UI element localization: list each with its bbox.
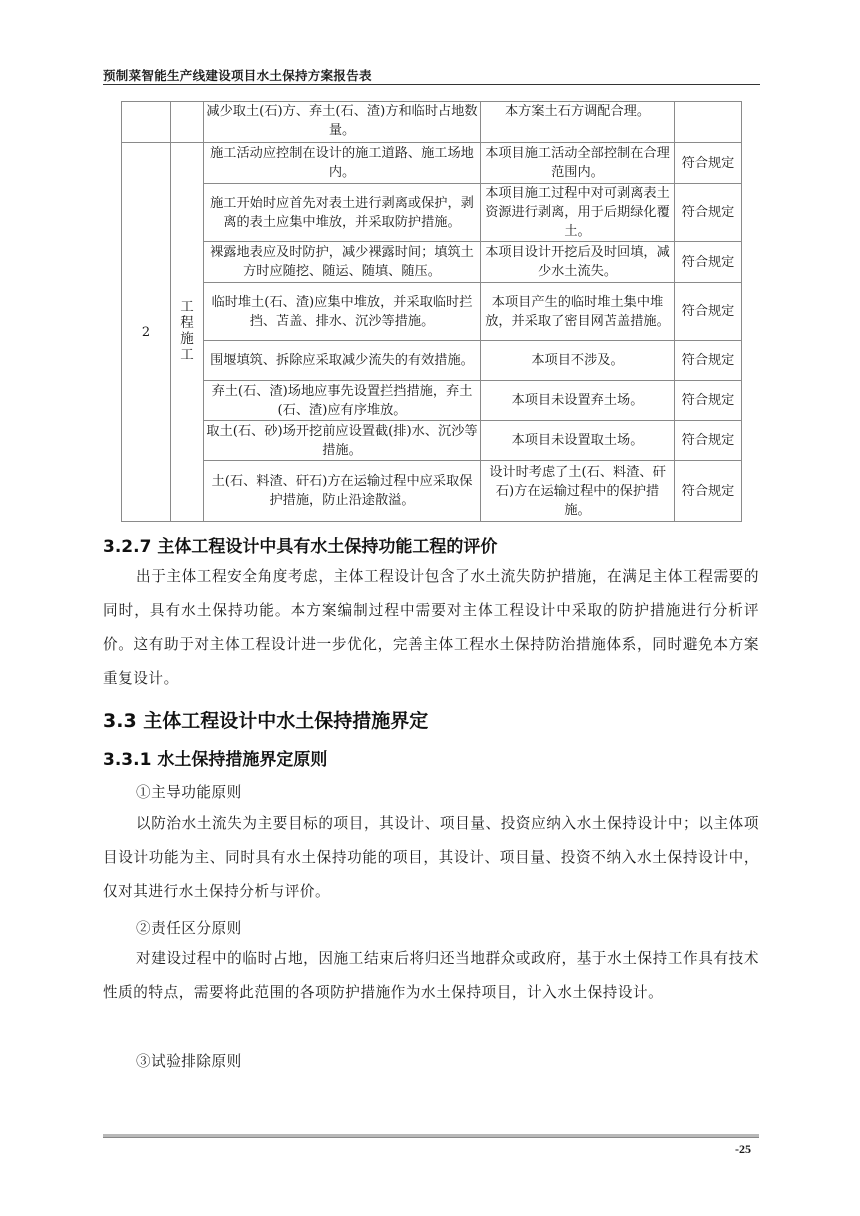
table-row: 土(石、料渣、矸石)方在运输过程中应采取保护措施，防止沿途散溢。 设计时考虑了土… <box>122 461 742 522</box>
table-row: 减少取土(石)方、弃土(石、渣)方和临时占地数量。 本方案土石方调配合理。 <box>122 102 742 143</box>
table-cell-result <box>675 102 742 143</box>
table-row: 临时堆土(石、渣)应集中堆放，并采取临时拦挡、苫盖、排水、沉沙等措施。 本项目产… <box>122 283 742 341</box>
table-cell-requirement: 土(石、料渣、矸石)方在运输过程中应采取保护措施，防止沿途散溢。 <box>204 461 481 522</box>
section-heading-3-2-7: 3.2.7 主体工程设计中具有水土保持功能工程的评价 <box>103 532 497 557</box>
table-cell-situation: 本项目施工活动全部控制在合理范围内。 <box>481 143 675 184</box>
page-header-title: 预制菜智能生产线建设项目水土保持方案报告表 <box>103 66 763 84</box>
principle-label: ②责任区分原则 <box>136 917 242 938</box>
table-cell-situation: 本方案土石方调配合理。 <box>481 102 675 143</box>
table-cell-situation: 本项目产生的临时堆土集中堆放，并采取了密目网苫盖措施。 <box>481 283 675 341</box>
table-cell-result: 符合规定 <box>675 184 742 242</box>
table-cell-requirement: 围堰填筑、拆除应采取减少流失的有效措施。 <box>204 341 481 381</box>
table-cell-result: 符合规定 <box>675 143 742 184</box>
table-cell-result: 符合规定 <box>675 461 742 522</box>
principle-label: ①主导功能原则 <box>136 781 242 802</box>
table-cell-result: 符合规定 <box>675 341 742 381</box>
header-divider <box>103 84 760 85</box>
section-paragraph: 出于主体工程安全角度考虑，主体工程设计包含了水土流失防护措施，在满足主体工程需要… <box>103 560 759 696</box>
footer-divider <box>103 1134 759 1138</box>
table-cell-situation: 本项目未设置弃土场。 <box>481 381 675 421</box>
table-row: 裸露地表应及时防护，减少裸露时间；填筑土方时应随挖、随运、随填、随压。 本项目设… <box>122 242 742 283</box>
table-cell-category: 工程施工 <box>171 143 204 522</box>
table-cell-result: 符合规定 <box>675 381 742 421</box>
page-number: -25 <box>735 1142 751 1157</box>
table-cell-result: 符合规定 <box>675 283 742 341</box>
table-cell-category <box>171 102 204 143</box>
table-cell-situation: 本项目设计开挖后及时回填，减少水土流失。 <box>481 242 675 283</box>
table-cell-result: 符合规定 <box>675 242 742 283</box>
table-cell-situation: 本项目未设置取土场。 <box>481 421 675 461</box>
table-cell-situation: 本项目施工过程中对可剥离表土资源进行剥离，用于后期绿化覆土。 <box>481 184 675 242</box>
table-row: 围堰填筑、拆除应采取减少流失的有效措施。 本项目不涉及。 符合规定 <box>122 341 742 381</box>
table-row: 取土(石、砂)场开挖前应设置截(排)水、沉沙等措施。 本项目未设置取土场。 符合… <box>122 421 742 461</box>
table-cell-number <box>122 102 171 143</box>
principle-paragraph: 以防治水土流失为主要目标的项目，其设计、项目量、投资应纳入水土保持设计中；以主体… <box>103 807 759 909</box>
table-cell-requirement: 临时堆土(石、渣)应集中堆放，并采取临时拦挡、苫盖、排水、沉沙等措施。 <box>204 283 481 341</box>
principle-label: ③试验排除原则 <box>136 1050 242 1071</box>
table-row: 施工开始时应首先对表土进行剥离或保护，剥离的表土应集中堆放，并采取防护措施。 本… <box>122 184 742 242</box>
section-heading-3-3: 3.3 主体工程设计中水土保持措施界定 <box>103 706 428 733</box>
table-cell-number: 2 <box>122 143 171 522</box>
section-heading-3-3-1: 3.3.1 水土保持措施界定原则 <box>103 745 327 770</box>
category-label: 工程施工 <box>180 299 194 363</box>
table-cell-situation: 本项目不涉及。 <box>481 341 675 381</box>
principle-paragraph: 对建设过程中的临时占地，因施工结束后将归还当地群众或政府，基于水土保持工作具有技… <box>103 942 759 1010</box>
compliance-table: 减少取土(石)方、弃土(石、渣)方和临时占地数量。 本方案土石方调配合理。 2 … <box>121 101 742 522</box>
table-cell-result: 符合规定 <box>675 421 742 461</box>
table-cell-requirement: 减少取土(石)方、弃土(石、渣)方和临时占地数量。 <box>204 102 481 143</box>
table-row: 2 工程施工 施工活动应控制在设计的施工道路、施工场地内。 本项目施工活动全部控… <box>122 143 742 184</box>
table-cell-requirement: 弃土(石、渣)场地应事先设置拦挡措施，弃土(石、渣)应有序堆放。 <box>204 381 481 421</box>
table-cell-requirement: 施工活动应控制在设计的施工道路、施工场地内。 <box>204 143 481 184</box>
table-cell-situation: 设计时考虑了土(石、料渣、矸石)方在运输过程中的保护措施。 <box>481 461 675 522</box>
table-cell-requirement: 裸露地表应及时防护，减少裸露时间；填筑土方时应随挖、随运、随填、随压。 <box>204 242 481 283</box>
table-row: 弃土(石、渣)场地应事先设置拦挡措施，弃土(石、渣)应有序堆放。 本项目未设置弃… <box>122 381 742 421</box>
table-cell-requirement: 取土(石、砂)场开挖前应设置截(排)水、沉沙等措施。 <box>204 421 481 461</box>
table-cell-requirement: 施工开始时应首先对表土进行剥离或保护，剥离的表土应集中堆放，并采取防护措施。 <box>204 184 481 242</box>
